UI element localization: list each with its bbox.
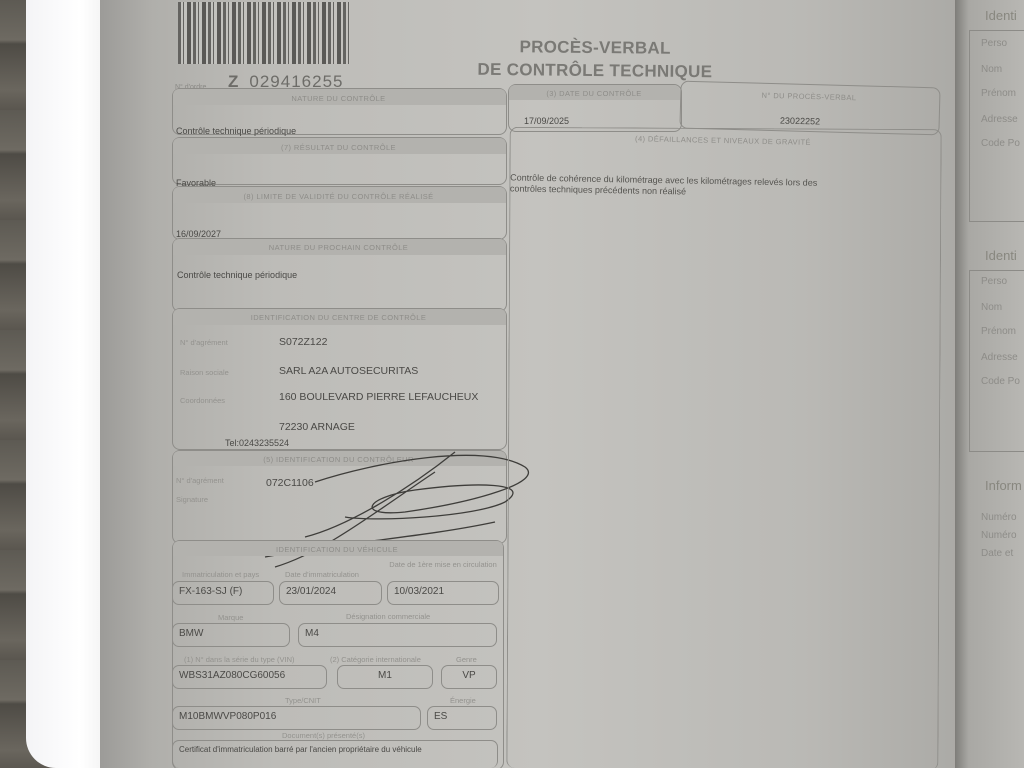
nature-controle-value: Contrôle technique périodique	[176, 126, 296, 136]
centre-agrement-label: N° d'agrément	[180, 338, 228, 347]
centre-raison-sociale: SARL A2A AUTOSECURITAS	[279, 365, 418, 377]
side-row: Numéro	[981, 512, 1017, 523]
adjacent-page: Identi Perso Nom Prénom Adresse Code Po …	[955, 0, 1024, 768]
nature-controle-header: Nature du contrôle	[172, 94, 505, 103]
centre-adresse: 160 BOULEVARD PIERRE LEFAUCHEUX	[279, 391, 478, 403]
defaillances-box	[506, 127, 941, 768]
prochain-controle-value: Contrôle technique périodique	[177, 270, 297, 280]
prochain-controle-header: Nature du prochain contrôle	[172, 243, 505, 252]
categorie-label: (2) Catégorie internationale	[330, 655, 421, 664]
vin-field: WBS31AZ080CG60056	[172, 665, 327, 689]
centre-ville: 72230 ARNAGE	[279, 421, 355, 433]
title-line-2: DE CONTRÔLE TECHNIQUE	[450, 57, 740, 83]
title-line-1: PROCÈS-VERBAL	[450, 34, 740, 60]
resultat-header: (7) Résultat du contrôle	[172, 143, 505, 152]
energie-label: Énergie	[450, 696, 476, 705]
side-row: Perso	[981, 276, 1007, 287]
document-title: PROCÈS-VERBAL DE CONTRÔLE TECHNIQUE	[450, 34, 740, 83]
document-field: Certificat d'immatriculation barré par l…	[172, 740, 498, 768]
side-section-heading: Identi	[985, 8, 1017, 23]
side-row: Numéro	[981, 530, 1017, 541]
side-row: Perso	[981, 38, 1007, 49]
date-controle-value: 17/09/2025	[524, 116, 569, 126]
date-immat-field: 23/01/2024	[279, 581, 382, 605]
signature-label: Signature	[176, 495, 208, 504]
date-immat-label: Date d'immatriculation	[285, 570, 359, 579]
controleur-agrement-label: N° d'agrément	[176, 476, 224, 485]
genre-label: Genre	[456, 655, 477, 664]
vin-label: (1) N° dans la série du type (VIN)	[184, 655, 295, 664]
side-row: Nom	[981, 64, 1002, 75]
centre-raison-label: Raison sociale	[180, 368, 229, 377]
genre-field: VP	[441, 665, 497, 689]
date-controle-header: (3) Date du contrôle	[508, 89, 680, 98]
immat-field: FX-163-SJ (F)	[172, 581, 274, 605]
side-row: Adresse	[981, 352, 1018, 363]
date-mec-label: Date de 1ère mise en circulation	[388, 560, 498, 569]
side-section-heading: Identi	[985, 248, 1017, 263]
side-row: Code Po	[981, 376, 1020, 387]
limite-validite-header: (8) Limite de validité du contrôle réali…	[172, 192, 505, 201]
designation-field: M4	[298, 623, 497, 647]
side-row: Date et	[981, 548, 1013, 559]
energie-field: ES	[427, 706, 497, 730]
type-cnit-field: M10BMWVP080P016	[172, 706, 421, 730]
side-row: Adresse	[981, 114, 1018, 125]
designation-label: Désignation commerciale	[346, 612, 430, 621]
barcode	[178, 2, 350, 64]
centre-header: Identification du centre de contrôle	[172, 313, 505, 322]
side-row: Code Po	[981, 138, 1020, 149]
side-row: Nom	[981, 302, 1002, 313]
numero-pv-value: 23022252	[780, 115, 820, 126]
document-label: Document(s) présenté(s)	[282, 731, 365, 740]
side-section-box	[969, 30, 1024, 222]
centre-coord-label: Coordonnées	[180, 396, 225, 405]
side-row: Prénom	[981, 326, 1016, 337]
immat-label: Immatriculation et pays	[182, 570, 259, 579]
date-mec-field: 10/03/2021	[387, 581, 499, 605]
marque-field: BMW	[172, 623, 290, 647]
centre-agrement: S072Z122	[279, 336, 327, 348]
categorie-field: M1	[337, 665, 433, 689]
side-section-heading: Inform	[985, 478, 1022, 493]
marque-label: Marque	[218, 613, 243, 622]
vehicule-header: Identification du véhicule	[172, 545, 502, 554]
type-cnit-label: Type/CNIT	[285, 696, 321, 705]
side-row: Prénom	[981, 88, 1016, 99]
